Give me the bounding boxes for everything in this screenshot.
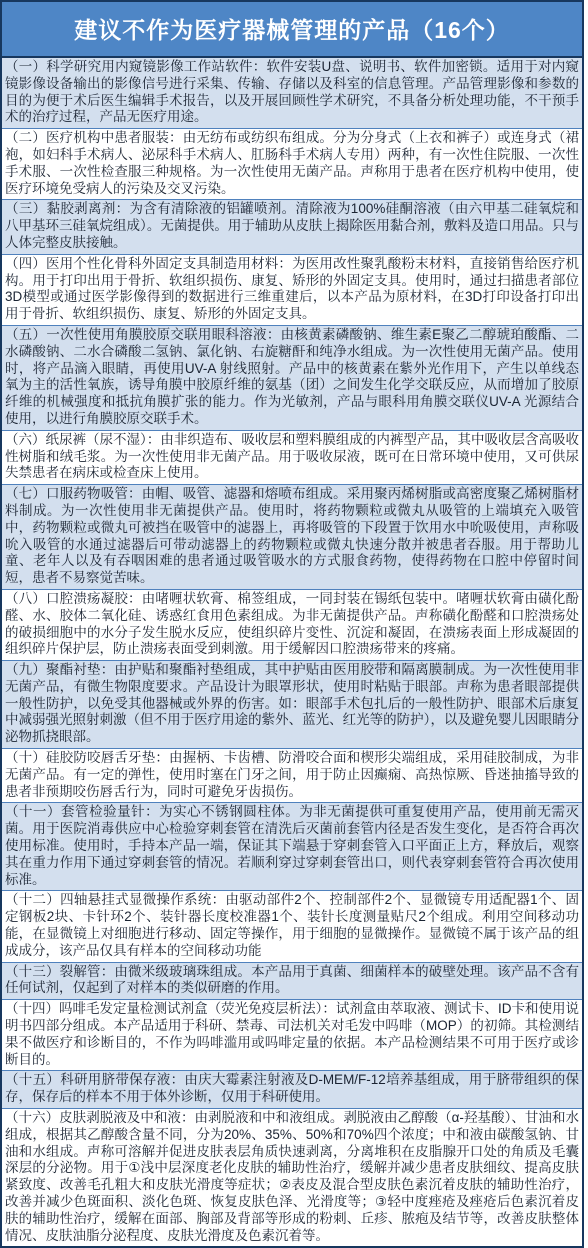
product-item-3: （三）黏胶剥离剂：为含有清除液的铝罐喷剂。清除液为100%硅酮溶液（由六甲基二硅… (2, 199, 582, 253)
document-table: 建议不作为医疗器械管理的产品（16个） （一）科学研究用内窥镜影像工作站软件：软… (0, 0, 584, 1248)
product-item-7: （七）口服药物吸管：由帽、吸管、滤器和熔喷布组成。采用聚丙烯树脂或高密度聚乙烯树… (2, 484, 582, 589)
product-item-4: （四）医用个性化骨科外固定支具制造用材料：为医用改性聚乳酸粉末材料，直接销售给医… (2, 254, 582, 325)
product-item-5: （五）一次性使用角膜胶原交联用眼科溶液：由核黄素磷酸钠、维生素E聚乙二醇琥珀酸酯… (2, 325, 582, 430)
product-list: （一）科学研究用内窥镜影像工作站软件：软件安装U盘、说明书、软件加密锁。适用于对… (2, 58, 582, 1246)
page-title: 建议不作为医疗器械管理的产品（16个） (2, 2, 582, 58)
product-item-15: （十五）科研用脐带保存液：由庆大霉素注射液及D-MEM/F-12培养基组成，用于… (2, 1070, 582, 1108)
product-item-2: （二）医疗机构中患者服装：由无纺布或纺织布组成。分为分身式（上衣和裤子）或连身式… (2, 128, 582, 199)
product-item-8: （八）口腔溃疡凝胶：由啫喱状软膏、棉签组成，一同封装在锡纸包装中。啫喱状软膏由磺… (2, 589, 582, 660)
product-item-6: （六）纸尿裤（尿不湿）：由非织造布、吸收层和塑料膜组成的内裤型产品，其中吸收层含… (2, 430, 582, 484)
product-item-10: （十）硅胶防咬唇舌牙垫：由握柄、卡齿槽、防滑咬合面和楔形尖端组成，采用硅胶制成，… (2, 748, 582, 802)
product-item-11: （十一）套管检验量针：为实心不锈钢圆柱体。为非无菌提供可重复使用产品，使用前无需… (2, 802, 582, 890)
product-item-14: （十四）吗啡毛发定量检测试剂盒（荧光免疫层析法）：试剂盒由萃取液、测试卡、ID卡… (2, 999, 582, 1070)
product-item-1: （一）科学研究用内窥镜影像工作站软件：软件安装U盘、说明书、软件加密锁。适用于对… (2, 58, 582, 128)
product-item-9: （九）聚酯衬垫：由护贴和聚酯衬垫组成，其中护贴由医用胶带和隔离膜制成。为一次性使… (2, 660, 582, 748)
product-item-13: （十三）裂解管：由微米级玻璃珠组成。本产品用于真菌、细菌样本的破壁处理。该产品不… (2, 962, 582, 1000)
product-item-16: （十六）皮肤剥脱液及中和液：由剥脱液和中和液组成。剥脱液由乙醇酸（α-羟基酸）、… (2, 1108, 582, 1246)
product-item-12: （十二）四轴悬挂式显微操作系统：由驱动部件2个、控制部件2个、显微镜专用适配器1… (2, 890, 582, 961)
